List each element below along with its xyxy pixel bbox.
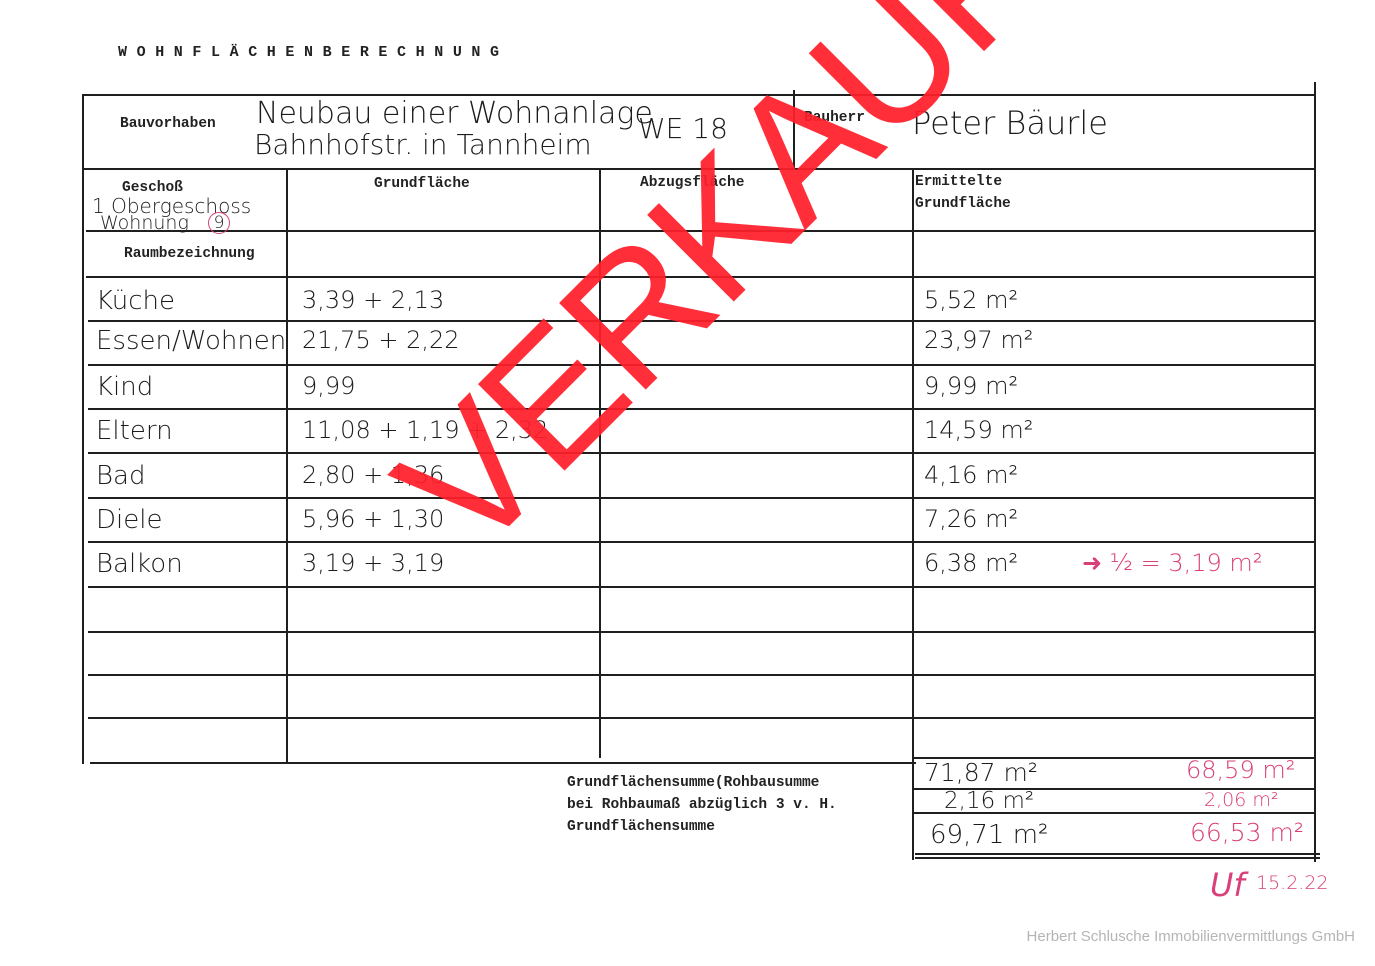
deduction-original: 2,16 m²	[944, 788, 1034, 814]
document-title: WOHNFLÄCHENBERECHNUNG	[118, 44, 509, 61]
grundflaeche-value: 21,75 + 2,22	[302, 326, 460, 354]
grundflaeche-value: 9,99	[302, 372, 355, 400]
table-border	[82, 94, 84, 764]
balkon-half-note: ➜ ½ = 3,19 m²	[1082, 549, 1262, 577]
ermittelt-value: 4,16 m²	[924, 461, 1018, 489]
bauvorhaben-line1: Neubau einer Wohnanlage	[256, 96, 653, 131]
bauvorhaben-line2: Bahnhofstr. in Tannheim	[254, 128, 592, 161]
grundflaeche-value: 3,19 + 3,19	[302, 549, 444, 577]
row-separator	[915, 857, 1320, 859]
row-separator	[88, 408, 1316, 410]
bauvorhaben-label: Bauvorhaben	[120, 116, 216, 132]
grundflaeche-value: 3,39 + 2,13	[302, 286, 444, 314]
ermittelt-value: 14,59 m²	[924, 416, 1033, 444]
ermittelt-value: 7,26 m²	[924, 505, 1018, 533]
grundflaeche-header: Grundfläche	[374, 176, 470, 192]
summary-label-line3: Grundflächensumme	[567, 819, 715, 835]
room-name: Küche	[96, 286, 175, 316]
sold-stamp: VERKAUFT	[367, 0, 1142, 582]
sum-corrected: 68,59 m²	[1186, 756, 1295, 784]
row-separator	[88, 674, 1316, 676]
room-name: Eltern	[96, 416, 173, 446]
signature-date: 15.2.22	[1256, 872, 1329, 894]
ermittelte-header-line1: Ermittelte	[915, 174, 1002, 190]
room-name: Diele	[96, 505, 162, 535]
row-separator	[915, 853, 1320, 855]
room-name: Balkon	[96, 549, 183, 579]
ermittelt-value: 23,97 m²	[924, 326, 1033, 354]
deduction-corrected: 2,06 m²	[1204, 789, 1278, 811]
row-separator	[88, 586, 1316, 588]
row-separator	[88, 497, 1316, 499]
row-separator	[88, 631, 1316, 633]
summary-label-line1: Grundflächensumme(Rohbausumme	[567, 775, 819, 791]
raumbezeichnung-label: Raumbezeichnung	[124, 246, 255, 262]
row-separator	[88, 717, 1316, 719]
row-separator	[88, 452, 1316, 454]
total-corrected: 66,53 m²	[1190, 818, 1304, 847]
signature-initials: Uf	[1210, 866, 1245, 904]
table-border	[90, 762, 916, 764]
room-name: Essen/Wohnen	[96, 326, 286, 356]
room-name: Bad	[96, 461, 145, 491]
ermittelt-value: 9,99 m²	[924, 372, 1018, 400]
ermittelte-header-line2: Grundfläche	[915, 196, 1011, 212]
row-separator	[88, 541, 1316, 543]
wohnung-label: Wohnung	[100, 212, 189, 234]
sum-original: 71,87 m²	[924, 758, 1038, 787]
footer-watermark: Herbert Schlusche Immobilienvermittlungs…	[1027, 928, 1355, 945]
table-border	[1314, 82, 1316, 862]
wohnung-number: 9	[208, 212, 230, 234]
room-name: Kind	[96, 372, 153, 402]
summary-label-line2: bei Rohbaumaß abzüglich 3 v. H.	[567, 797, 837, 813]
ermittelt-value: 6,38 m²	[924, 549, 1018, 577]
total-original: 69,71 m²	[930, 820, 1048, 850]
ermittelt-value: 5,52 m²	[924, 286, 1018, 314]
